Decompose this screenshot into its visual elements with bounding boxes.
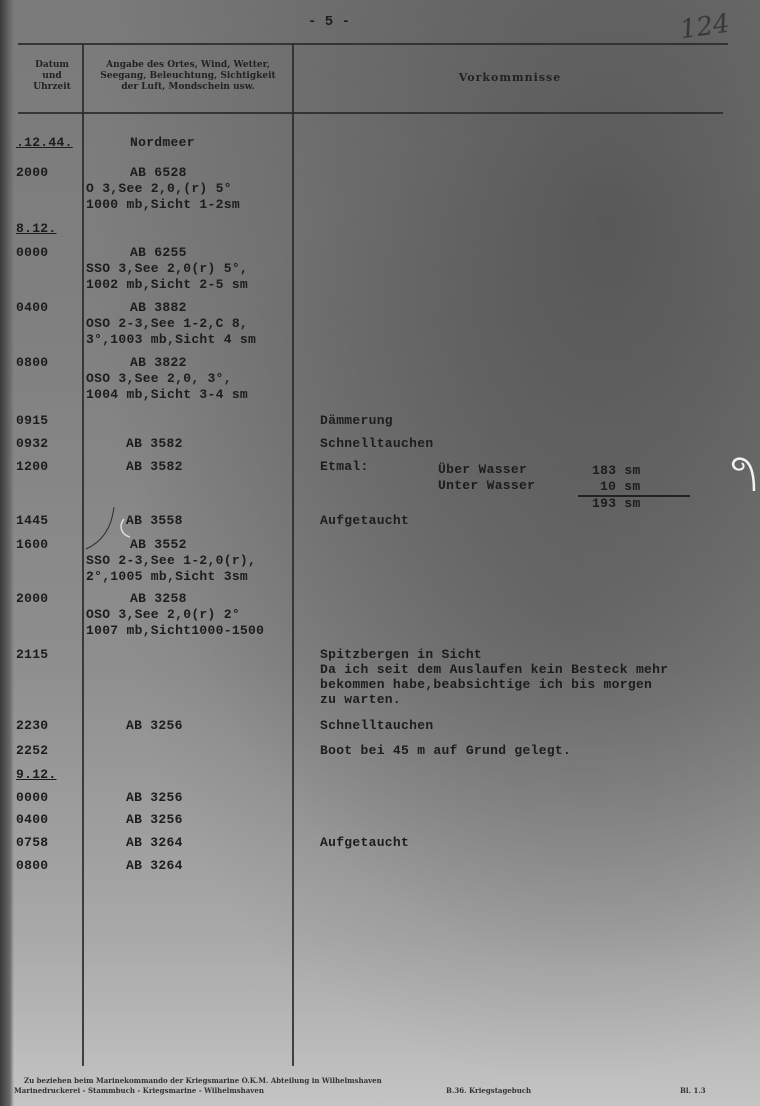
entry-event: Boot bei 45 m auf Grund gelegt. <box>320 744 571 758</box>
entry-position: AB 3258 <box>130 592 187 606</box>
entry-position: AB 3882 <box>130 301 187 315</box>
entry-position: AB 3582 <box>126 437 183 451</box>
entry-position: Nordmeer <box>130 136 195 150</box>
entry-time: 0000 <box>16 246 48 260</box>
entry-position: AB 3256 <box>126 791 183 805</box>
etmal-over-water-value: 183 sm <box>592 464 641 478</box>
pencil-curve-mark-icon <box>84 505 144 555</box>
entry-position: AB 3256 <box>126 813 183 827</box>
entry-event: bekommen habe,beabsichtige ich bis morge… <box>320 678 652 692</box>
entry-event: Schnelltauchen <box>320 437 433 451</box>
entry-weather: SSO 2-3,See 1-2,0(r), <box>86 554 256 568</box>
entry-position: AB 3822 <box>130 356 187 370</box>
entry-time: 2000 <box>16 592 48 606</box>
header-bottom-rule <box>18 112 723 114</box>
entry-position: AB 3264 <box>126 836 183 850</box>
entry-weather: 2°,1005 mb,Sicht 3sm <box>86 570 248 584</box>
entry-event: Aufgetaucht <box>320 836 409 850</box>
entry-time: 0000 <box>16 791 48 805</box>
entry-weather: 1007 mb,Sicht1000-1500 <box>86 624 264 638</box>
page-edge-shadow <box>0 0 14 1106</box>
table-top-rule <box>18 43 728 45</box>
entry-position: AB 3582 <box>126 460 183 474</box>
footer-form-code: Bl. 1.3 <box>680 1086 706 1095</box>
document-page: - 5 - 124 Datum und Uhrzeit Angabe des O… <box>0 0 760 1106</box>
entry-event: Spitzbergen in Sicht <box>320 648 482 662</box>
entry-time: 2000 <box>16 166 48 180</box>
entry-time: 1445 <box>16 514 48 528</box>
handwritten-folio-number: 124 <box>678 9 731 46</box>
etmal-under-water-value: 10 sm <box>600 480 641 494</box>
entry-time: 0800 <box>16 356 48 370</box>
etmal-over-water-label: Über Wasser <box>438 463 527 477</box>
etmal-under-water-label: Unter Wasser <box>438 479 535 493</box>
entry-time: 2230 <box>16 719 48 733</box>
entry-time: 0400 <box>16 813 48 827</box>
header-events: Vorkommnisse <box>300 72 720 83</box>
header-position-weather: Angabe des Ortes, Wind, Wetter, Seegang,… <box>84 60 292 93</box>
entry-time: 0800 <box>16 859 48 873</box>
date-heading: 8.12. <box>16 222 57 236</box>
page-marker: - 5 - <box>308 14 350 30</box>
entry-weather: 1000 mb,Sicht 1-2sm <box>86 198 240 212</box>
entry-position: AB 6255 <box>130 246 187 260</box>
entry-event: Dämmerung <box>320 414 393 428</box>
entry-weather: SSO 3,See 2,0(r) 5°, <box>86 262 248 276</box>
footer-form-name: B.36. Kriegstagebuch <box>446 1086 531 1095</box>
entry-event: Schnelltauchen <box>320 719 433 733</box>
entry-event: Etmal: <box>320 460 369 474</box>
entry-position: AB 3256 <box>126 719 183 733</box>
date-heading: 9.12. <box>16 768 57 782</box>
footer-imprint-line-1: Zu beziehen beim Marinekommando der Krie… <box>24 1076 382 1085</box>
column-divider-1 <box>82 44 84 1066</box>
entry-time: 0932 <box>16 437 48 451</box>
entry-weather: OSO 3,See 2,0(r) 2° <box>86 608 240 622</box>
entry-time: 2252 <box>16 744 48 758</box>
entry-time: 2115 <box>16 648 48 662</box>
entry-position: AB 6528 <box>130 166 187 180</box>
entry-event: Da ich seit dem Auslaufen kein Besteck m… <box>320 663 668 677</box>
entry-position: AB 3264 <box>126 859 183 873</box>
entry-weather: 3°,1003 mb,Sicht 4 sm <box>86 333 256 347</box>
entry-weather: 1004 mb,Sicht 3-4 sm <box>86 388 248 402</box>
column-divider-2 <box>292 44 294 1066</box>
entry-weather: OSO 2-3,See 1-2,C 8, <box>86 317 248 331</box>
entry-time: 0758 <box>16 836 48 850</box>
footer-imprint-line-2: Marinedruckerei - Stammbuch - Kriegsmari… <box>14 1086 264 1095</box>
entry-weather: O 3,See 2,0,(r) 5° <box>86 182 232 196</box>
entry-time: 0915 <box>16 414 48 428</box>
entry-time: 1600 <box>16 538 48 552</box>
header-date-time: Datum und Uhrzeit <box>22 60 82 93</box>
entry-time: 0400 <box>16 301 48 315</box>
date-heading: .12.44. <box>16 136 73 150</box>
pencil-arrow-mark-icon <box>728 455 758 495</box>
entry-weather: 1002 mb,Sicht 2-5 sm <box>86 278 248 292</box>
entry-event: zu warten. <box>320 693 401 707</box>
entry-time: 1200 <box>16 460 48 474</box>
etmal-total-value: 193 sm <box>592 497 641 511</box>
entry-event: Aufgetaucht <box>320 514 409 528</box>
entry-weather: OSO 3,See 2,0, 3°, <box>86 372 232 386</box>
